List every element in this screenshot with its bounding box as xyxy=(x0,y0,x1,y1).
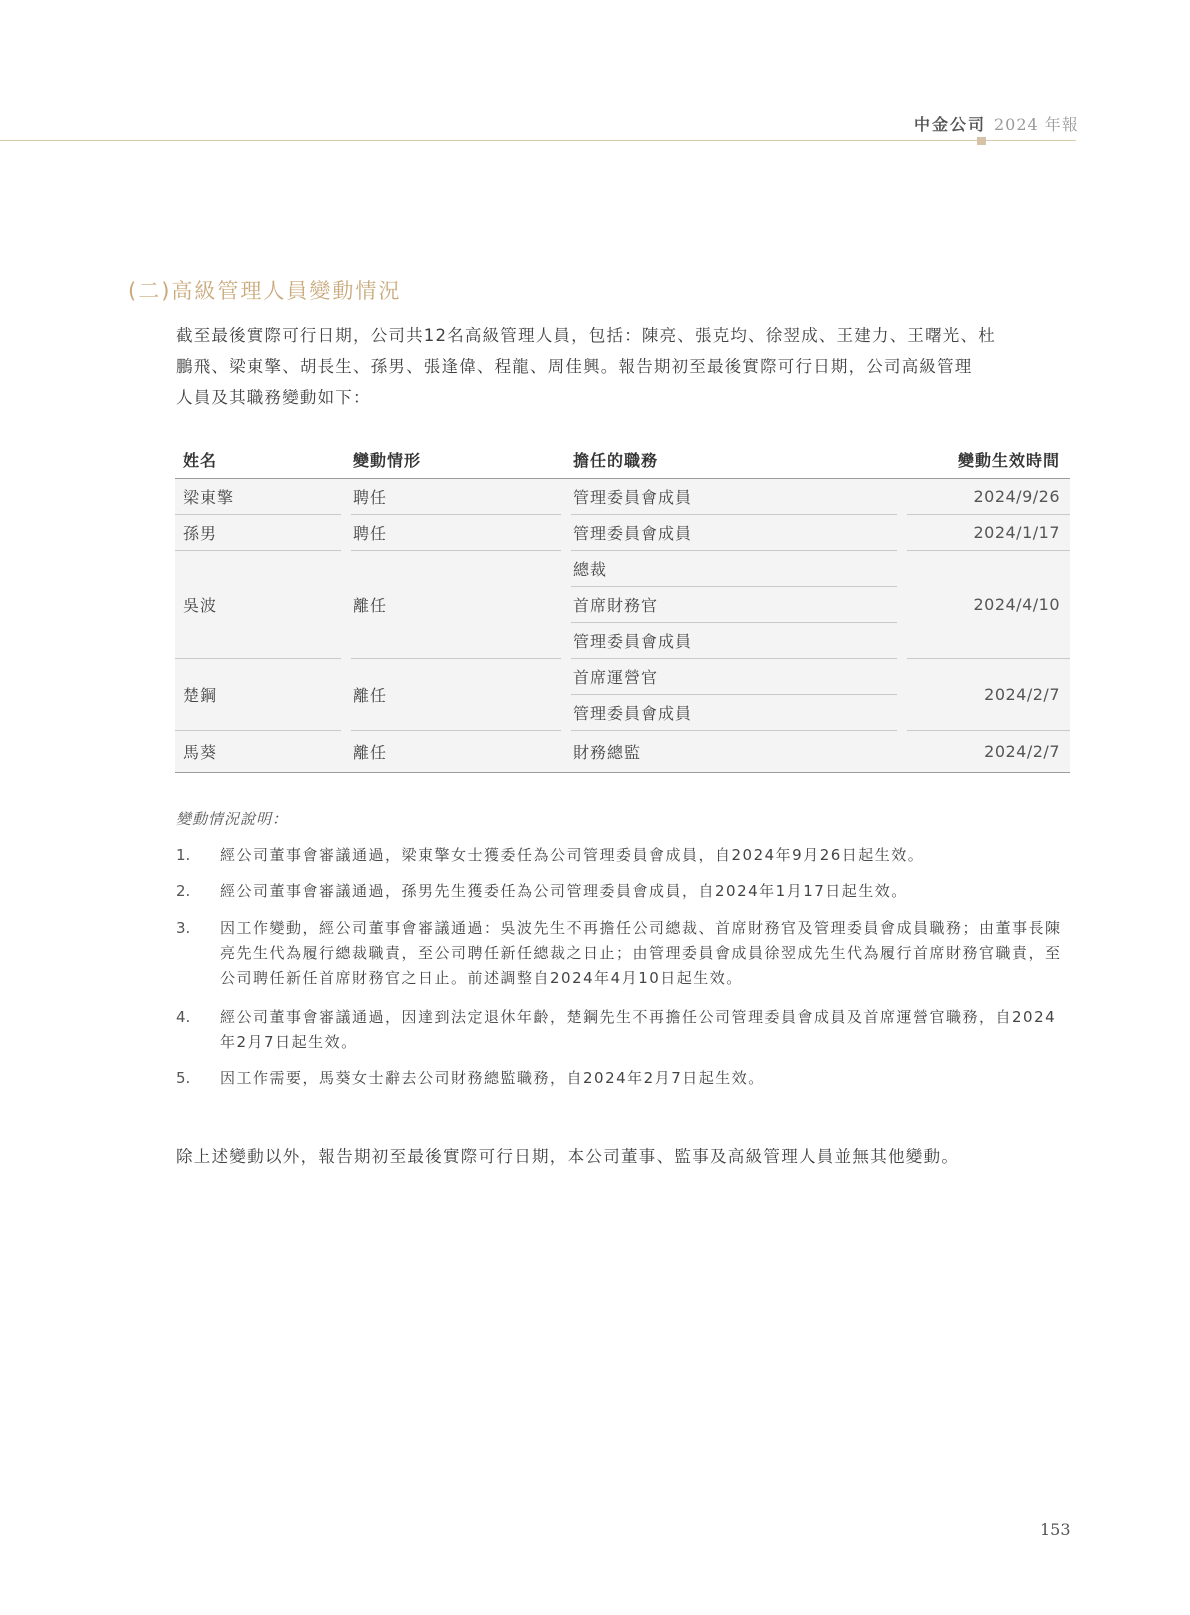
cell-date: 2024/2/7 xyxy=(920,659,1060,730)
header-company-name: 中金公司 xyxy=(914,112,986,135)
note-text: 因工作需要，馬葵女士辭去公司財務總監職務，自2024年2月7日起生效。 xyxy=(220,1066,1071,1091)
section-title: (二)高級管理人員變動情況 xyxy=(128,275,401,305)
col-header-position: 擔任的職務 xyxy=(573,448,658,471)
header-marker xyxy=(977,137,986,145)
cell-date: 2024/1/17 xyxy=(920,515,1060,550)
cell-position: 管理委員會成員 xyxy=(573,623,692,658)
note-item: 3. 因工作變動，經公司董事會審議通過：吳波先生不再擔任公司總裁、首席財務官及管… xyxy=(176,916,1071,991)
intro-line: 截至最後實際可行日期，公司共12名高級管理人員，包括：陳亮、張克均、徐翌成、王建… xyxy=(176,320,1071,351)
col-header-date: 變動生效時間 xyxy=(958,448,1060,471)
cell-date: 2024/9/26 xyxy=(920,479,1060,514)
note-item: 2. 經公司董事會審議通過，孫男先生獲委任為公司管理委員會成員，自2024年1月… xyxy=(176,879,1071,904)
cell-change: 聘任 xyxy=(353,479,387,514)
cell-name: 孫男 xyxy=(183,515,217,550)
cell-position: 管理委員會成員 xyxy=(573,695,692,730)
note-text: 經公司董事會審議通過，孫男先生獲委任為公司管理委員會成員，自2024年1月17日… xyxy=(220,879,1071,904)
cell-position: 管理委員會成員 xyxy=(573,515,692,550)
note-number: 3. xyxy=(176,916,206,941)
note-number: 1. xyxy=(176,843,206,868)
cell-name: 梁東擎 xyxy=(183,479,234,514)
note-text: 經公司董事會審議通過，因達到法定退休年齡，楚鋼先生不再擔任公司管理委員會成員及首… xyxy=(220,1005,1071,1055)
note-item: 4. 經公司董事會審議通過，因達到法定退休年齡，楚鋼先生不再擔任公司管理委員會成… xyxy=(176,1005,1071,1055)
management-changes-table: 姓名 變動情形 擔任的職務 變動生效時間 梁東擎 聘任 管理委員會成員 2024… xyxy=(175,440,1070,773)
cell-change: 離任 xyxy=(353,659,387,730)
table-header: 姓名 變動情形 擔任的職務 變動生效時間 xyxy=(175,440,1070,479)
note-number: 5. xyxy=(176,1066,206,1091)
note-item: 5. 因工作需要，馬葵女士辭去公司財務總監職務，自2024年2月7日起生效。 xyxy=(176,1066,1071,1091)
cell-position: 總裁 xyxy=(573,551,607,586)
cell-name: 吳波 xyxy=(183,551,217,658)
cell-change: 離任 xyxy=(353,731,387,772)
row-divider xyxy=(571,550,897,551)
cell-date: 2024/4/10 xyxy=(920,551,1060,658)
table-body: 梁東擎 聘任 管理委員會成員 2024/9/26 孫男 聘任 管理委員會成員 2… xyxy=(175,479,1070,773)
header-divider xyxy=(0,140,1076,141)
cell-change: 離任 xyxy=(353,551,387,658)
intro-paragraph: 截至最後實際可行日期，公司共12名高級管理人員，包括：陳亮、張克均、徐翌成、王建… xyxy=(176,320,1071,413)
cell-date: 2024/2/7 xyxy=(920,731,1060,772)
notes-title: 變動情況說明： xyxy=(176,808,288,829)
page-number: 153 xyxy=(1040,1520,1071,1539)
cell-position: 首席財務官 xyxy=(573,587,658,622)
cell-position: 首席運營官 xyxy=(573,659,658,694)
header-report-title: 2024 年報 xyxy=(994,112,1079,135)
note-number: 4. xyxy=(176,1005,206,1030)
col-header-change: 變動情形 xyxy=(353,448,421,471)
col-header-name: 姓名 xyxy=(183,448,217,471)
intro-line: 人員及其職務變動如下： xyxy=(176,382,1071,413)
note-text: 因工作變動，經公司董事會審議通過：吳波先生不再擔任公司總裁、首席財務官及管理委員… xyxy=(220,916,1071,991)
closing-statement: 除上述變動以外，報告期初至最後實際可行日期，本公司董事、監事及高級管理人員並無其… xyxy=(176,1143,959,1167)
cell-name: 楚鋼 xyxy=(183,659,217,730)
note-text: 經公司董事會審議通過，梁東擎女士獲委任為公司管理委員會成員，自2024年9月26… xyxy=(220,843,1071,868)
intro-line: 鵬飛、梁東擎、胡長生、孫男、張逢偉、程龍、周佳興。報告期初至最後實際可行日期，公… xyxy=(176,351,1071,382)
cell-name: 馬葵 xyxy=(183,731,217,772)
note-number: 2. xyxy=(176,879,206,904)
cell-position: 財務總監 xyxy=(573,731,641,772)
cell-position: 管理委員會成員 xyxy=(573,479,692,514)
note-item: 1. 經公司董事會審議通過，梁東擎女士獲委任為公司管理委員會成員，自2024年9… xyxy=(176,843,1071,868)
cell-change: 聘任 xyxy=(353,515,387,550)
